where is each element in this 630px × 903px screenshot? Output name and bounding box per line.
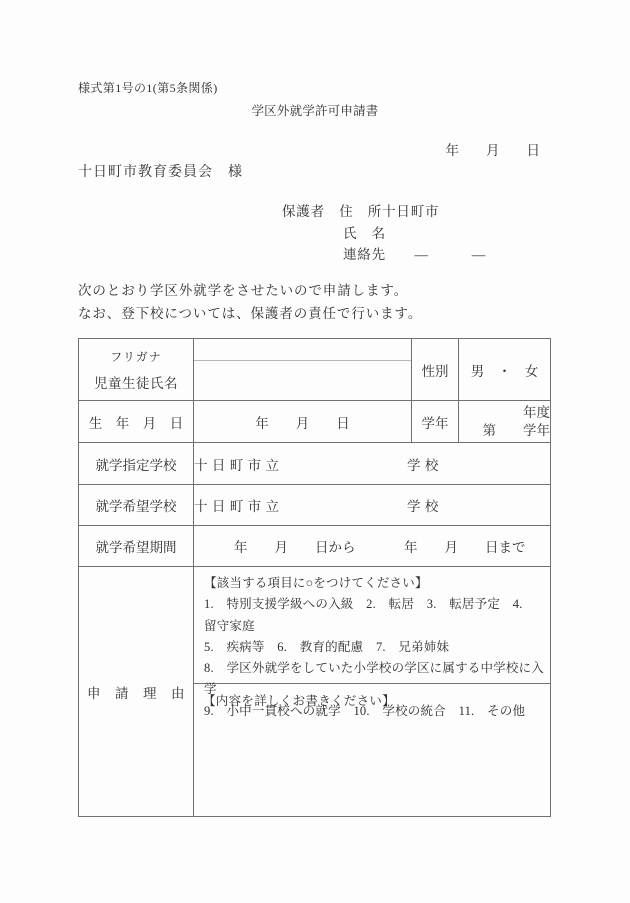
designated-school-label-cell: 就学指定学校 (79, 443, 194, 485)
name-input-cell (194, 339, 412, 401)
grade-value-cell: 年度 第 学年 (459, 401, 551, 443)
school-year-line: 年度 (459, 404, 550, 422)
checklist-line: 5. 疾病等 6. 教育的配慮 7. 兄弟姉妹 (204, 637, 546, 658)
furigana-divider (194, 339, 411, 361)
application-table: フリガナ 児童生徒氏名 性別 男 ・ 女 生 年 月 日 年 月 日 学年 年度… (78, 338, 551, 817)
birthdate-value-cell: 年 月 日 (194, 401, 412, 443)
student-name-label: 児童生徒氏名 (79, 372, 193, 392)
table-row-designated-school: 就学指定学校 十 日 町 市 立 学 校 (79, 443, 551, 485)
guardian-block: 保護者 住 所十日町市 氏 名 連絡先 ― ― (282, 201, 486, 266)
period-from: 年 月 日から (234, 536, 356, 556)
desired-school-value-cell: 十 日 町 市 立 学 校 (194, 485, 551, 526)
grade-label-cell: 学年 (412, 401, 459, 443)
checklist-header: 【該当する項目に○をつけてください】 (204, 573, 546, 594)
table-row-name: フリガナ 児童生徒氏名 性別 男 ・ 女 (79, 339, 551, 401)
designated-school-prefix: 十 日 町 市 立 (194, 458, 280, 473)
designated-school-suffix: 学 校 (407, 454, 439, 474)
designated-school-value-cell: 十 日 町 市 立 学 校 (194, 443, 551, 485)
application-form-page: 様式第1号の1(第5条関係) 学区外就学許可申請書 年 月 日 十日町市教育委員… (0, 0, 630, 903)
statement-line-1: 次のとおり学区外就学をさせたいので申請します。 (78, 280, 422, 303)
reason-value-cell: 【該当する項目に○をつけてください】 1. 特別支援学級への入級 2. 転居 3… (194, 567, 551, 817)
sex-label-cell: 性別 (412, 339, 459, 401)
table-row-period: 就学希望期間 年 月 日から 年 月 日まで (79, 526, 551, 567)
page-title: 学区外就学許可申請書 (0, 101, 630, 119)
birthdate-label-cell: 生 年 月 日 (79, 401, 194, 443)
name-label-cell: フリガナ 児童生徒氏名 (79, 339, 194, 401)
period-to: 年 月 日まで (404, 536, 526, 556)
table-row-reason: 申 請 理 由 【該当する項目に○をつけてください】 1. 特別支援学級への入級… (79, 567, 551, 817)
desired-school-suffix: 学 校 (407, 495, 439, 515)
guardian-contact-line: 連絡先 ― ― (343, 244, 486, 266)
desired-school-label-cell: 就学希望学校 (79, 485, 194, 526)
desired-school-prefix: 十 日 町 市 立 (194, 499, 280, 514)
reason-checklist-box: 【該当する項目に○をつけてください】 1. 特別支援学級への入級 2. 転居 3… (194, 567, 550, 684)
furigana-label: フリガナ (79, 348, 193, 365)
grade-number-line: 第 学年 (459, 422, 550, 440)
statement-line-2: なお、登下校については、保護者の責任で行います。 (78, 303, 422, 326)
application-statement: 次のとおり学区外就学をさせたいので申請します。 なお、登下校については、保護者の… (78, 280, 422, 325)
period-label-cell: 就学希望期間 (79, 526, 194, 567)
sex-value-cell: 男 ・ 女 (459, 339, 551, 401)
addressee-line: 十日町市教育委員会 様 (78, 161, 243, 181)
reason-label-cell: 申 請 理 由 (79, 567, 194, 817)
guardian-address-line: 保護者 住 所十日町市 (282, 201, 486, 223)
table-row-birthdate: 生 年 月 日 年 月 日 学年 年度 第 学年 (79, 401, 551, 443)
form-number: 様式第1号の1(第5条関係) (78, 79, 218, 96)
period-value-cell: 年 月 日から 年 月 日まで (194, 526, 551, 567)
checklist-line: 1. 特別支援学級への入級 2. 転居 3. 転居予定 4. 留守家庭 (204, 594, 546, 637)
guardian-name-line: 氏 名 (343, 223, 486, 245)
date-blank-line: 年 月 日 (446, 139, 541, 159)
table-row-desired-school: 就学希望学校 十 日 町 市 立 学 校 (79, 485, 551, 526)
